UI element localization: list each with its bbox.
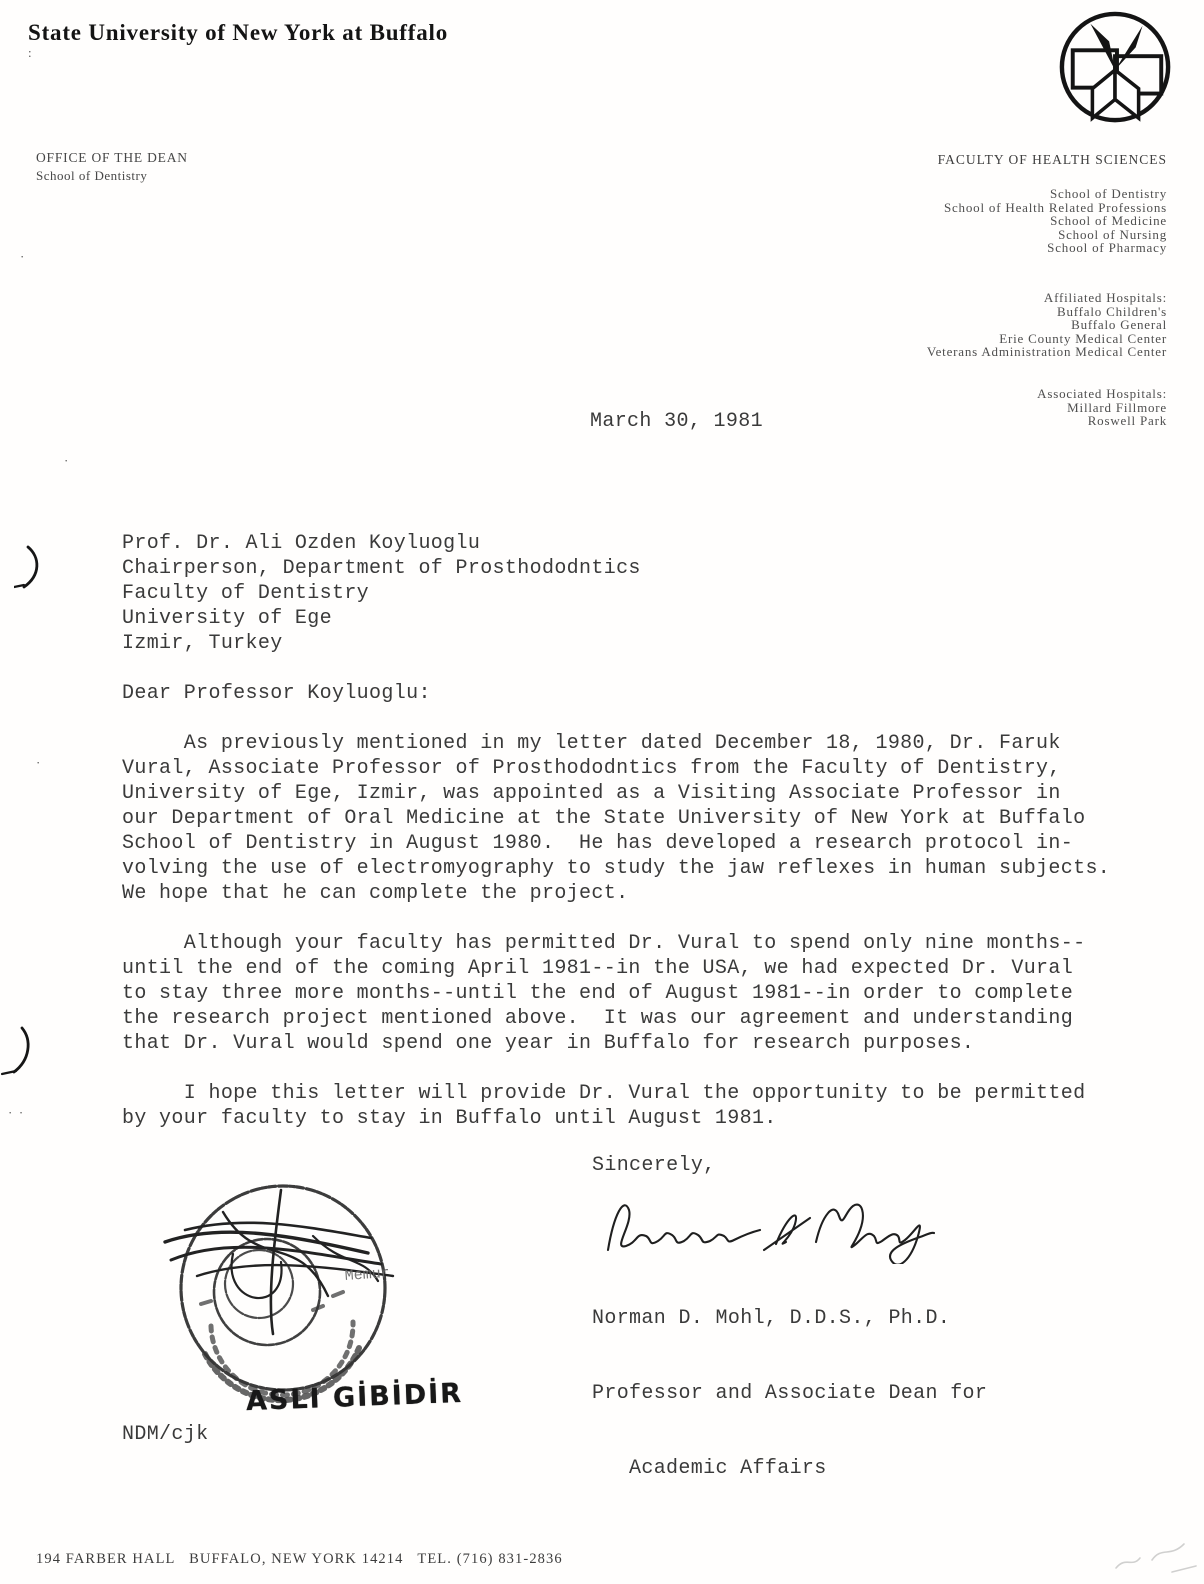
school-list-item: School of Medicine (944, 214, 1167, 228)
scanned-letter-page: State University of New York at Buffalo … (0, 0, 1204, 1584)
faculty-schools-list: School of Dentistry School of Health Rel… (944, 187, 1167, 255)
university-logo-icon (1052, 8, 1180, 126)
pencil-scribble-icon (1112, 1538, 1202, 1580)
scan-speck: · (36, 758, 40, 768)
school-list-item: School of Pharmacy (944, 241, 1167, 255)
typist-initials: NDM/cjk (122, 1422, 208, 1447)
letter-date: March 30, 1981 (590, 409, 763, 434)
body-paragraph: Although your faculty has permitted Dr. … (122, 931, 1085, 1056)
hospital-list-item: Erie County Medical Center (927, 332, 1167, 346)
school-list-item: School of Nursing (944, 228, 1167, 242)
recipient-address: Prof. Dr. Ali Ozden Koyluoglu Chairperso… (122, 531, 641, 656)
signer-title: Professor and Associate Dean for (592, 1381, 987, 1406)
affiliated-hospitals-heading: Affiliated Hospitals: (927, 291, 1167, 305)
hospital-list-item: Veterans Administration Medical Center (927, 345, 1167, 359)
hospital-list-item: Roswell Park (1037, 414, 1167, 428)
signer-name: Norman D. Mohl, D.D.S., Ph.D. (592, 1306, 987, 1331)
scan-speck: · (20, 252, 24, 262)
scan-speck: : (28, 48, 32, 58)
office-block: OFFICE OF THE DEAN School of Dentistry (36, 150, 188, 184)
scan-speck: · · (8, 1108, 23, 1118)
faculty-heading: FACULTY OF HEALTH SCIENCES (938, 152, 1167, 168)
hospital-list-item: Buffalo Children's (927, 305, 1167, 319)
associated-hospitals-list: Associated Hospitals: Millard Fillmore R… (1037, 387, 1167, 428)
signer-title: Academic Affairs (592, 1456, 987, 1481)
closing: Sincerely, (592, 1153, 716, 1178)
hospital-list-item: Millard Fillmore (1037, 401, 1167, 415)
salutation: Dear Professor Koyluoglu: (122, 681, 431, 706)
hospital-list-item: Buffalo General (927, 318, 1167, 332)
signer-block: Norman D. Mohl, D.D.S., Ph.D. Professor … (592, 1256, 987, 1531)
body-paragraph: I hope this letter will provide Dr. Vura… (122, 1081, 1085, 1131)
associated-hospitals-heading: Associated Hospitals: (1037, 387, 1167, 401)
university-title: State University of New York at Buffalo (28, 20, 448, 46)
handwritten-signature-icon (600, 1192, 935, 1264)
office-of-dean-label: OFFICE OF THE DEAN (36, 150, 188, 166)
footer-address: 194 FARBER HALL BUFFALO, NEW YORK 14214 … (36, 1551, 563, 1568)
pen-mark-icon (0, 1026, 40, 1080)
pen-mark-icon (14, 543, 50, 597)
school-list-item: School of Dentistry (944, 187, 1167, 201)
stamp-note: Memur (344, 1265, 390, 1285)
body-paragraph: As previously mentioned in my letter dat… (122, 731, 1110, 906)
scan-speck: · (64, 456, 68, 466)
affiliated-hospitals-list: Affiliated Hospitals: Buffalo Children's… (927, 291, 1167, 359)
school-list-item: School of Health Related Professions (944, 201, 1167, 215)
school-of-dentistry-label: School of Dentistry (36, 168, 188, 184)
